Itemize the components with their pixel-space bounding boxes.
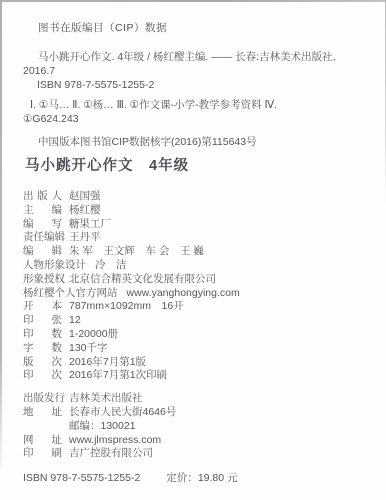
credit-label: 编写	[23, 218, 62, 232]
credit-row-official-website: 杨红樱个人官方网站www.yanghongying.com	[23, 287, 372, 301]
cip-classification-line1: Ⅰ. ①马… Ⅱ. ①杨… Ⅲ. ①作文课-小学-教学参考资料 Ⅳ.	[30, 98, 372, 112]
credit-value: www.yanghongying.com	[127, 287, 240, 299]
publishing-value: 吉林美术出版社	[69, 392, 143, 404]
book-title: 马小跳开心作文 4年级	[25, 156, 372, 176]
publishing-value: www.jlmspress.com	[69, 434, 161, 446]
credit-value: 杨红樱	[69, 204, 101, 216]
credit-label: 出版人	[23, 190, 62, 204]
credit-row-responsible-editor: 责任编辑王丹平	[23, 231, 372, 245]
credit-row-image-license: 形象授权北京信合精英文化发展有限公司	[23, 273, 372, 287]
credit-value: 2016年7月第1版	[69, 356, 146, 368]
publishing-label: 出版发行	[23, 392, 62, 406]
cip-isbn: ISBN 978-7-5575-1255-2	[37, 78, 372, 92]
credit-value: 787mm×1092mm 16开	[69, 300, 184, 312]
credit-value: 王丹平	[69, 231, 101, 243]
publishing-value: 邮编：130021	[69, 420, 136, 432]
credit-value: 北京信合精英文化发展有限公司	[69, 273, 216, 285]
credit-row-publisher: 出版人赵国强	[23, 190, 372, 204]
publishing-row-printer: 印刷吉广控股有限公司	[23, 447, 372, 461]
credit-row-character-design: 人物形象设计冷 洁	[23, 259, 372, 273]
publishing-label: 网址	[23, 434, 62, 448]
credit-row-edition: 版次2016年7月第1版	[23, 356, 372, 370]
cip-record-number: 中国版本图书馆CIP数据核字(2016)第115643号	[38, 135, 372, 149]
page-edge-left	[0, 0, 2, 478]
publishing-row-address: 地址长春市人民大街4646号	[23, 406, 372, 420]
page-edge-top	[0, 0, 386, 2]
credit-label: 人物形象设计	[23, 259, 86, 273]
publishing-label: 印刷	[23, 447, 62, 461]
cip-classification: Ⅰ. ①马… Ⅱ. ①杨… Ⅲ. ①作文课-小学-教学参考资料 Ⅳ. ①G624…	[23, 98, 372, 126]
colophon-page: 图书在版编目（CIP）数据 马小跳开心作文. 4年级 / 杨红樱主编. —— 长…	[0, 0, 386, 500]
credit-row-word-count: 字数130千字	[23, 342, 372, 356]
credit-value: 糖果工厂	[69, 218, 111, 230]
publishing-value: 长春市人民大街4646号	[69, 406, 176, 418]
credit-label: 主编	[23, 204, 62, 218]
credit-row-chief-editor: 主编杨红樱	[23, 204, 372, 218]
cip-classification-line2: ①G624.243	[23, 112, 372, 126]
credit-label: 形象授权	[23, 273, 62, 287]
publishing-row-publisher: 出版发行吉林美术出版社	[23, 392, 372, 406]
credit-label: 编辑	[23, 245, 62, 259]
credit-label: 杨红樱个人官方网站	[23, 287, 118, 301]
credit-label: 印张	[23, 314, 62, 328]
credit-row-editors: 编辑朱 军 王文辉 车 会 王 巍	[23, 245, 372, 259]
credit-row-print-run: 印数1-20000册	[23, 328, 372, 342]
credit-value: 130千字	[69, 342, 108, 354]
credit-label: 印次	[23, 369, 62, 383]
credit-value: 12	[69, 314, 81, 326]
credit-row-impression: 印次2016年7月第1次印刷	[23, 369, 372, 383]
credit-label: 版次	[23, 356, 62, 370]
credit-row-writer: 编写糖果工厂	[23, 218, 372, 232]
credit-label: 印数	[23, 328, 62, 342]
credit-value: 赵国强	[69, 190, 101, 202]
credit-value: 2016年7月第1次印刷	[69, 369, 167, 381]
credit-row-format: 开本787mm×1092mm 16开	[23, 300, 372, 314]
cip-description-line2: 2016.7	[23, 64, 372, 78]
footer-isbn: ISBN 978-7-5575-1255-2	[23, 472, 140, 484]
credit-label: 开本	[23, 300, 62, 314]
publishing-block: 出版发行吉林美术出版社 地址长春市人民大街4646号 邮编：130021 网址w…	[23, 392, 372, 461]
credit-value: 冷 洁	[95, 259, 127, 271]
credit-value: 1-20000册	[69, 328, 118, 340]
cip-description: 马小跳开心作文. 4年级 / 杨红樱主编. —— 长春:吉林美术出版社, 201…	[23, 50, 372, 92]
credit-row-sheets: 印张12	[23, 314, 372, 328]
cip-header: 图书在版编目（CIP）数据	[38, 22, 372, 34]
publishing-label: 地址	[23, 406, 62, 420]
credit-label: 责任编辑	[23, 231, 62, 245]
publishing-row-website: 网址www.jlmspress.com	[23, 434, 372, 448]
credit-label: 字数	[23, 342, 62, 356]
publishing-row-postcode: 邮编：130021	[23, 420, 372, 434]
isbn-price-line: ISBN 978-7-5575-1255-2定价：19.80 元	[23, 471, 372, 485]
credit-value: 朱 军 王文辉 车 会 王 巍	[69, 245, 204, 257]
cip-description-line1: 马小跳开心作文. 4年级 / 杨红樱主编. —— 长春:吉林美术出版社,	[38, 50, 372, 64]
credits-block: 出版人赵国强 主编杨红樱 编写糖果工厂 责任编辑王丹平 编辑朱 军 王文辉 车 …	[23, 190, 372, 383]
footer-price: 定价：19.80 元	[166, 472, 237, 484]
publishing-value: 吉广控股有限公司	[69, 447, 153, 459]
